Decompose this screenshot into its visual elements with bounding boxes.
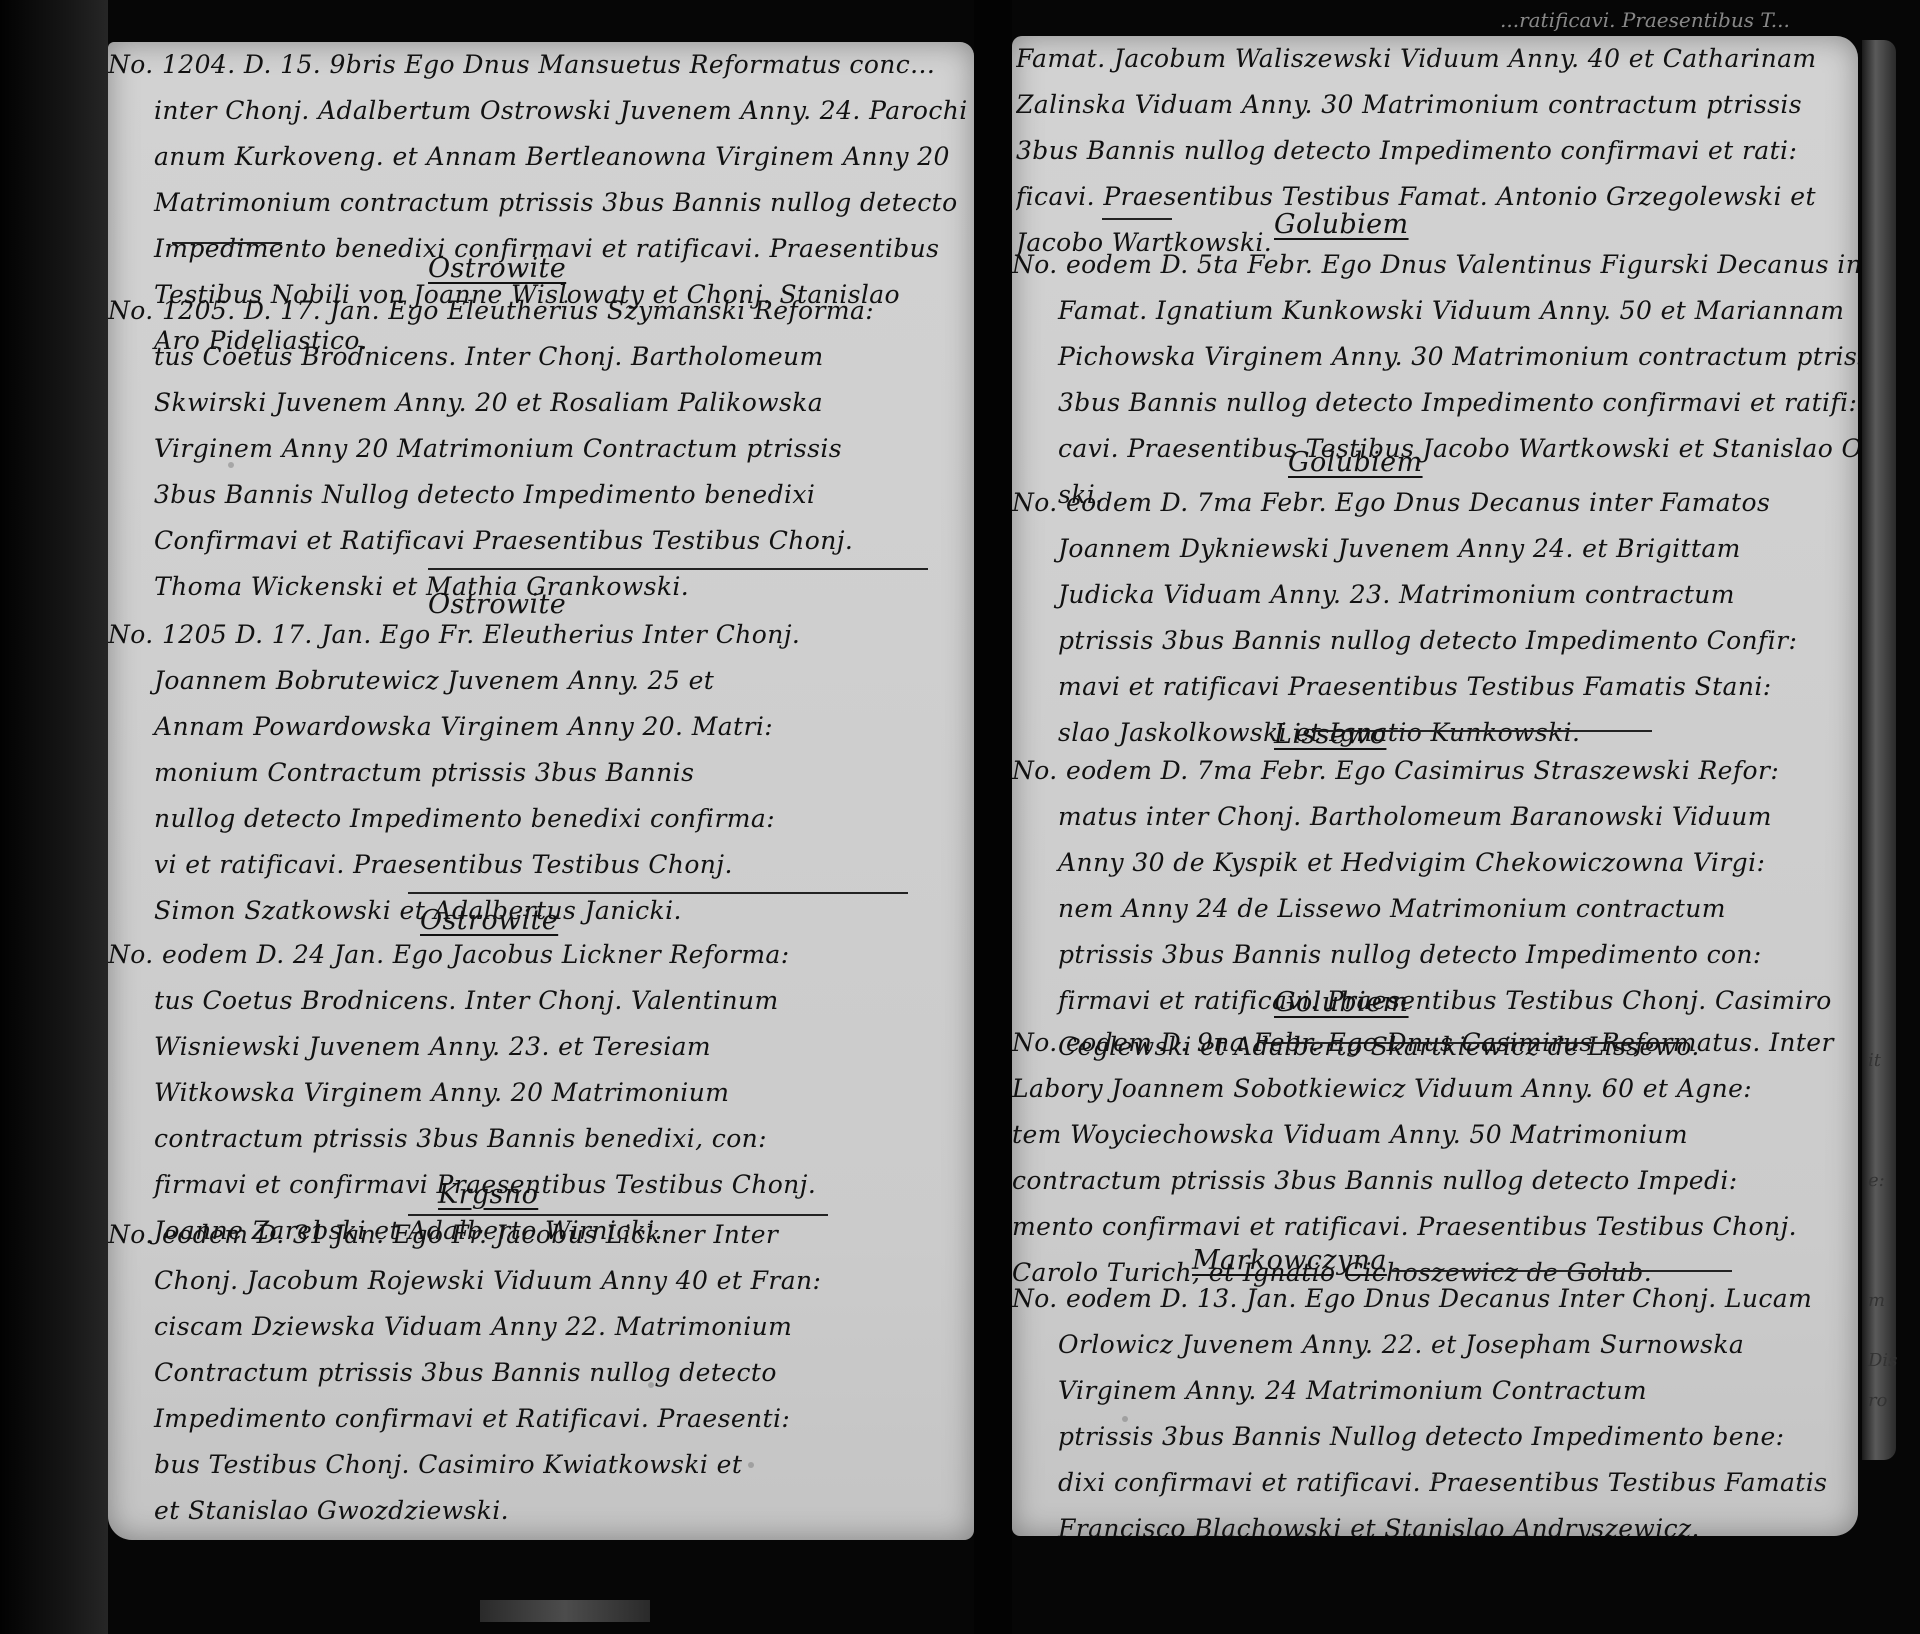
locality-heading: Ostrowite <box>428 246 566 292</box>
scan-label-strip <box>480 1600 650 1622</box>
margin-mark: Dis <box>1868 1350 1897 1371</box>
register-entry: No. eodem D. 9na Febr. Ego Dnus Casimiru… <box>1012 1020 1858 1296</box>
register-entry: No. eodem D. 13. Jan. Ego Dnus Decanus I… <box>1012 1276 1858 1536</box>
entry-line: Joannem Bobrutewicz Juvenem Anny. 25 et <box>108 658 974 704</box>
entry-line: ciscam Dziewska Viduam Anny 22. Matrimon… <box>108 1304 974 1350</box>
next-page-edge: it e: m Dis ro <box>1862 40 1896 1460</box>
entry-line: No. 1204. D. 15. 9bris Ego Dnus Mansuetu… <box>108 42 974 88</box>
entry-line: No. eodem D. 9na Febr. Ego Dnus Casimiru… <box>1012 1020 1858 1066</box>
entry-line: ptrissis 3bus Bannis Nullog detecto Impe… <box>1012 1414 1858 1460</box>
entry-line: mento confirmavi et ratificavi. Praesent… <box>1012 1204 1858 1250</box>
register-entry: Famat. Jacobum Waliszewski Viduum Anny. … <box>1016 36 1858 266</box>
margin-mark: ro <box>1868 1390 1887 1411</box>
entry-line: No. eodem D. 5ta Febr. Ego Dnus Valentin… <box>1012 242 1858 288</box>
entry-line: ptrissis 3bus Bannis nullog detecto Impe… <box>1012 618 1858 664</box>
entry-line: contractum ptrissis 3bus Bannis nullog d… <box>1012 1158 1858 1204</box>
cut-off-header-text: ...ratificavi. Praesentibus T... <box>1500 8 1790 32</box>
divider-rule <box>1392 1270 1732 1272</box>
entry-line: nullog detecto Impedimento benedixi conf… <box>108 796 974 842</box>
entry-line: firmavi et confirmavi Praesentibus Testi… <box>108 1162 974 1208</box>
entry-line: Virginem Anny 20 Matrimonium Contractum … <box>108 426 974 472</box>
entry-line: et Stanislao Gwozdziewski. <box>108 1488 974 1534</box>
entry-line: Virginem Anny. 24 Matrimonium Contractum <box>1012 1368 1858 1414</box>
entry-line: ficavi. Praesentibus Testibus Famat. Ant… <box>1016 174 1858 220</box>
paper-speck <box>1122 1416 1128 1422</box>
entry-line: mavi et ratificavi Praesentibus Testibus… <box>1012 664 1858 710</box>
margin-mark: e: <box>1868 1170 1885 1191</box>
entry-line: Famat. Jacobum Waliszewski Viduum Anny. … <box>1016 36 1858 82</box>
entry-line: Pichowska Virginem Anny. 30 Matrimonium … <box>1012 334 1858 380</box>
paper-speck <box>648 1382 654 1388</box>
entry-line: contractum ptrissis 3bus Bannis benedixi… <box>108 1116 974 1162</box>
entry-line: Witkowska Virginem Anny. 20 Matrimonium <box>108 1070 974 1116</box>
entry-line: Famat. Ignatium Kunkowski Viduum Anny. 5… <box>1012 288 1858 334</box>
margin-mark: m <box>1868 1290 1885 1311</box>
entry-line: dixi confirmavi et ratificavi. Praesenti… <box>1012 1460 1858 1506</box>
entry-line: Matrimonium contractum ptrissis 3bus Ban… <box>108 180 974 226</box>
divider-rule <box>408 892 908 894</box>
paper-speck <box>228 462 234 468</box>
entry-line: Confirmavi et Ratificavi Praesentibus Te… <box>108 518 974 564</box>
left-page: No. 1204. D. 15. 9bris Ego Dnus Mansuetu… <box>108 42 974 1540</box>
entry-line: matus inter Chonj. Bartholomeum Baranows… <box>1012 794 1858 840</box>
entry-line: No. eodem D. 13. Jan. Ego Dnus Decanus I… <box>1012 1276 1858 1322</box>
paper-speck <box>748 1462 754 1468</box>
entry-line: monium Contractum ptrissis 3bus Bannis <box>108 750 974 796</box>
margin-mark: it <box>1868 1050 1881 1071</box>
manuscript-scan: No. 1204. D. 15. 9bris Ego Dnus Mansuetu… <box>0 0 1920 1634</box>
entry-line: 3bus Bannis Nullog detecto Impedimento b… <box>108 472 974 518</box>
entry-line: No. eodem D. 7ma Febr. Ego Casimirus Str… <box>1012 748 1858 794</box>
entry-line: Francisco Blachowski et Stanislao Andrys… <box>1012 1506 1858 1536</box>
entry-line: vi et ratificavi. Praesentibus Testibus … <box>108 842 974 888</box>
entry-line: nem Anny 24 de Lissewo Matrimonium contr… <box>1012 886 1858 932</box>
paper-speck <box>1432 1476 1438 1482</box>
entry-line: No. eodem D. 31 Jan. Ego Fr. Jacobus Lic… <box>108 1212 974 1258</box>
register-entry: No. eodem D. 31 Jan. Ego Fr. Jacobus Lic… <box>108 1212 974 1534</box>
entry-line: Labory Joannem Sobotkiewicz Viduum Anny.… <box>1012 1066 1858 1112</box>
register-entry: No. 1205. D. 17. Jan. Ego Eleutherius Sz… <box>108 288 974 610</box>
entry-line: tus Coetus Brodnicens. Inter Chonj. Vale… <box>108 978 974 1024</box>
entry-line: Skwirski Juvenem Anny. 20 et Rosaliam Pa… <box>108 380 974 426</box>
register-entry: No. eodem D. 7ma Febr. Ego Dnus Decanus … <box>1012 480 1858 756</box>
entry-line: Wisniewski Juvenem Anny. 23. et Teresiam <box>108 1024 974 1070</box>
divider-rule <box>428 568 928 570</box>
entry-line: firmavi et ratificavi. Praesentibus Test… <box>1012 978 1858 1024</box>
entry-line: No. 1205 D. 17. Jan. Ego Fr. Eleutherius… <box>108 612 974 658</box>
entry-line: anum Kurkoveng. et Annam Bertleanowna Vi… <box>108 134 974 180</box>
entry-line: No. eodem D. 7ma Febr. Ego Dnus Decanus … <box>1012 480 1858 526</box>
entry-line: tem Woyciechowska Viduam Anny. 50 Matrim… <box>1012 1112 1858 1158</box>
entry-line: Joannem Dykniewski Juvenem Anny 24. et B… <box>1012 526 1858 572</box>
entry-line: Contractum ptrissis 3bus Bannis nullog d… <box>108 1350 974 1396</box>
entry-line: Chonj. Jacobum Rojewski Viduum Anny 40 e… <box>108 1258 974 1304</box>
entry-line: Annam Powardowska Virginem Anny 20. Matr… <box>108 704 974 750</box>
entry-line: cavi. Praesentibus Testibus Jacobo Wartk… <box>1012 426 1858 472</box>
entry-line: Impedimento confirmavi et Ratificavi. Pr… <box>108 1396 974 1442</box>
entry-line: inter Chonj. Adalbertum Ostrowski Juvene… <box>108 88 974 134</box>
entry-line: Zalinska Viduam Anny. 30 Matrimonium con… <box>1016 82 1858 128</box>
register-entry: No. eodem D. 5ta Febr. Ego Dnus Valentin… <box>1012 242 1858 518</box>
divider-rule <box>1102 218 1172 220</box>
register-entry: No. 1205 D. 17. Jan. Ego Fr. Eleutherius… <box>108 612 974 934</box>
right-page: Famat. Jacobum Waliszewski Viduum Anny. … <box>1012 36 1858 1536</box>
entry-line: 3bus Bannis nullog detecto Impedimento c… <box>1016 128 1858 174</box>
entry-line: bus Testibus Chonj. Casimiro Kwiatkowski… <box>108 1442 974 1488</box>
register-entry: No. eodem D. 24 Jan. Ego Jacobus Lickner… <box>108 932 974 1254</box>
entry-line: No. 1205. D. 17. Jan. Ego Eleutherius Sz… <box>108 288 974 334</box>
page-gutter <box>974 0 1012 1634</box>
entry-line: Anny 30 de Kyspik et Hedvigim Chekowiczo… <box>1012 840 1858 886</box>
entry-line: ptrissis 3bus Bannis nullog detecto Impe… <box>1012 932 1858 978</box>
entry-line: No. eodem D. 24 Jan. Ego Jacobus Lickner… <box>108 932 974 978</box>
book-spine-edge <box>0 0 108 1634</box>
entry-line: tus Coetus Brodnicens. Inter Chonj. Bart… <box>108 334 974 380</box>
entry-line: Orlowicz Juvenem Anny. 22. et Josepham S… <box>1012 1322 1858 1368</box>
entry-line: Judicka Viduam Anny. 23. Matrimonium con… <box>1012 572 1858 618</box>
entry-line: 3bus Bannis nullog detecto Impedimento c… <box>1012 380 1858 426</box>
divider-rule <box>172 242 282 244</box>
